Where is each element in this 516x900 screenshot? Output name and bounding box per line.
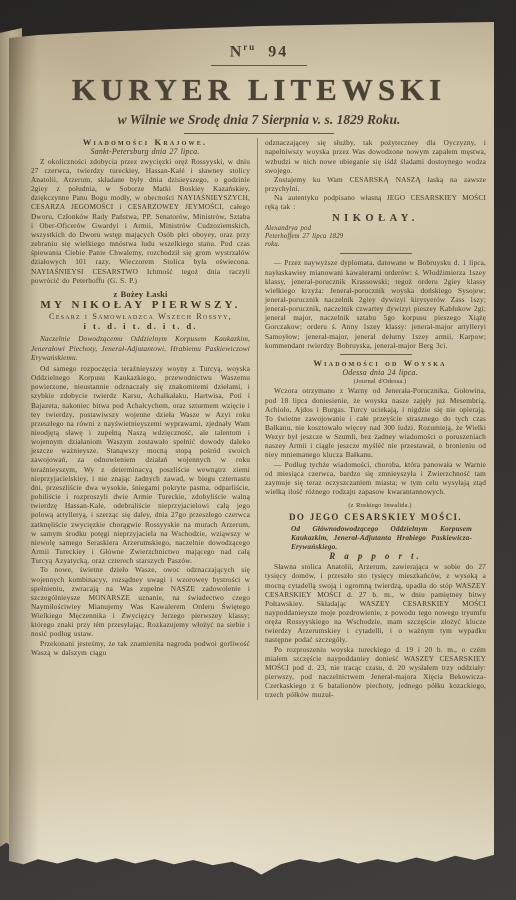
paragraph-continuation: odznaczającey się służby, tak pożyteczne… xyxy=(265,138,486,175)
imperial-signature: NIKOŁAY. xyxy=(265,214,486,223)
rule-under-issue xyxy=(211,65,307,66)
paragraph: — Podług tychże wiadomości, choroba, któ… xyxy=(265,460,486,497)
left-column: Wiadomości Krajowe. Sankt-Petersburg dni… xyxy=(31,138,250,699)
paragraph-awards: — Przez naywyższe dyplomata, datowane w … xyxy=(265,258,486,350)
rule-under-dateline xyxy=(184,133,334,134)
paragraph: Zostajemy ku Wam CESARSKĄ NASZĄ łaską na… xyxy=(265,175,486,193)
paragraph: Wczora otrzymano z Warny od Jenerała-Por… xyxy=(265,386,486,459)
paragraph: Przekonani jesteśmy, że tak znamienita n… xyxy=(31,639,250,657)
masthead-dateline: w Wilnie we Srodę dnia 7 Sierpnia v. s. … xyxy=(31,112,487,128)
proclamation-etc-line: i t. d. i t. d. i t. d. xyxy=(31,322,250,331)
paragraph: Po rozproszeniu woyska tureckiego d. 19 … xyxy=(265,645,486,700)
newspaper-scan: w ił ia st- ub ie- ć- a- r- u, c- n- in … xyxy=(0,0,516,900)
rapport-addressee: DO JEGO CESARSKIEY MOŚCI. xyxy=(265,513,486,522)
proclamation-dedication: Naczelnie Dowodzącemu Oddzielnym Korpuse… xyxy=(31,334,250,361)
signature-place-date: Alexandrya pod Peterhoffem 27 lipca 1829… xyxy=(265,225,345,250)
proclamation-subtitle: Cesarz i Samowładzca Wszech Rossyy, xyxy=(31,312,250,321)
section-heading-krajowe: Wiadomości Krajowe. xyxy=(31,138,250,147)
rapport-title: R a p p o r t. xyxy=(265,552,486,561)
paragraph: Sławna stolica Anatolii, Arzerum, zawier… xyxy=(265,562,486,644)
paragraph: Na autentyku podpisano własną JEGO CESAR… xyxy=(265,193,486,211)
right-column: odznaczającey się służby, tak pożyteczne… xyxy=(257,138,486,699)
masthead: Nru 94 KURYER LITEWSKI w Wilnie we Srodę… xyxy=(31,42,487,134)
proclamation-title: MY NIKOŁAY PIERWSZY. xyxy=(31,301,250,310)
newspaper-page: Nru 94 KURYER LITEWSKI w Wilnie we Srodę… xyxy=(9,22,494,878)
paragraph: To nowe, świetne dzieło Wasze, owoc odzn… xyxy=(31,565,250,638)
proclamation-grace-line: z Bożey Łaski xyxy=(31,290,250,299)
paragraph: Od samego rozpoczęcia teraźnieyszey woyn… xyxy=(31,364,250,565)
section-heading-woyska: Wiadomości od Woyska xyxy=(265,359,486,368)
column-rule xyxy=(340,354,412,355)
column-rule xyxy=(340,253,412,254)
rapport-from-block: Od Głównodowodzącego Oddzielnym Korpusem… xyxy=(265,524,486,551)
section-dateline-odessa: Odessa dnia 24 lipca. xyxy=(265,368,486,377)
source-note-inwalid: (z Ruskiego Inwalida.) xyxy=(265,501,486,510)
source-note-odessa: (Journal d'Odessa.) xyxy=(265,377,486,386)
section-dateline-petersburg: Sankt-Petersburg dnia 27 lipca. xyxy=(31,147,250,156)
paragraph: Z okoliczności zdobycia przez zwycięzki … xyxy=(31,157,250,285)
issue-number: Nru 94 xyxy=(31,42,487,61)
newspaper-title: KURYER LITEWSKI xyxy=(31,72,487,108)
